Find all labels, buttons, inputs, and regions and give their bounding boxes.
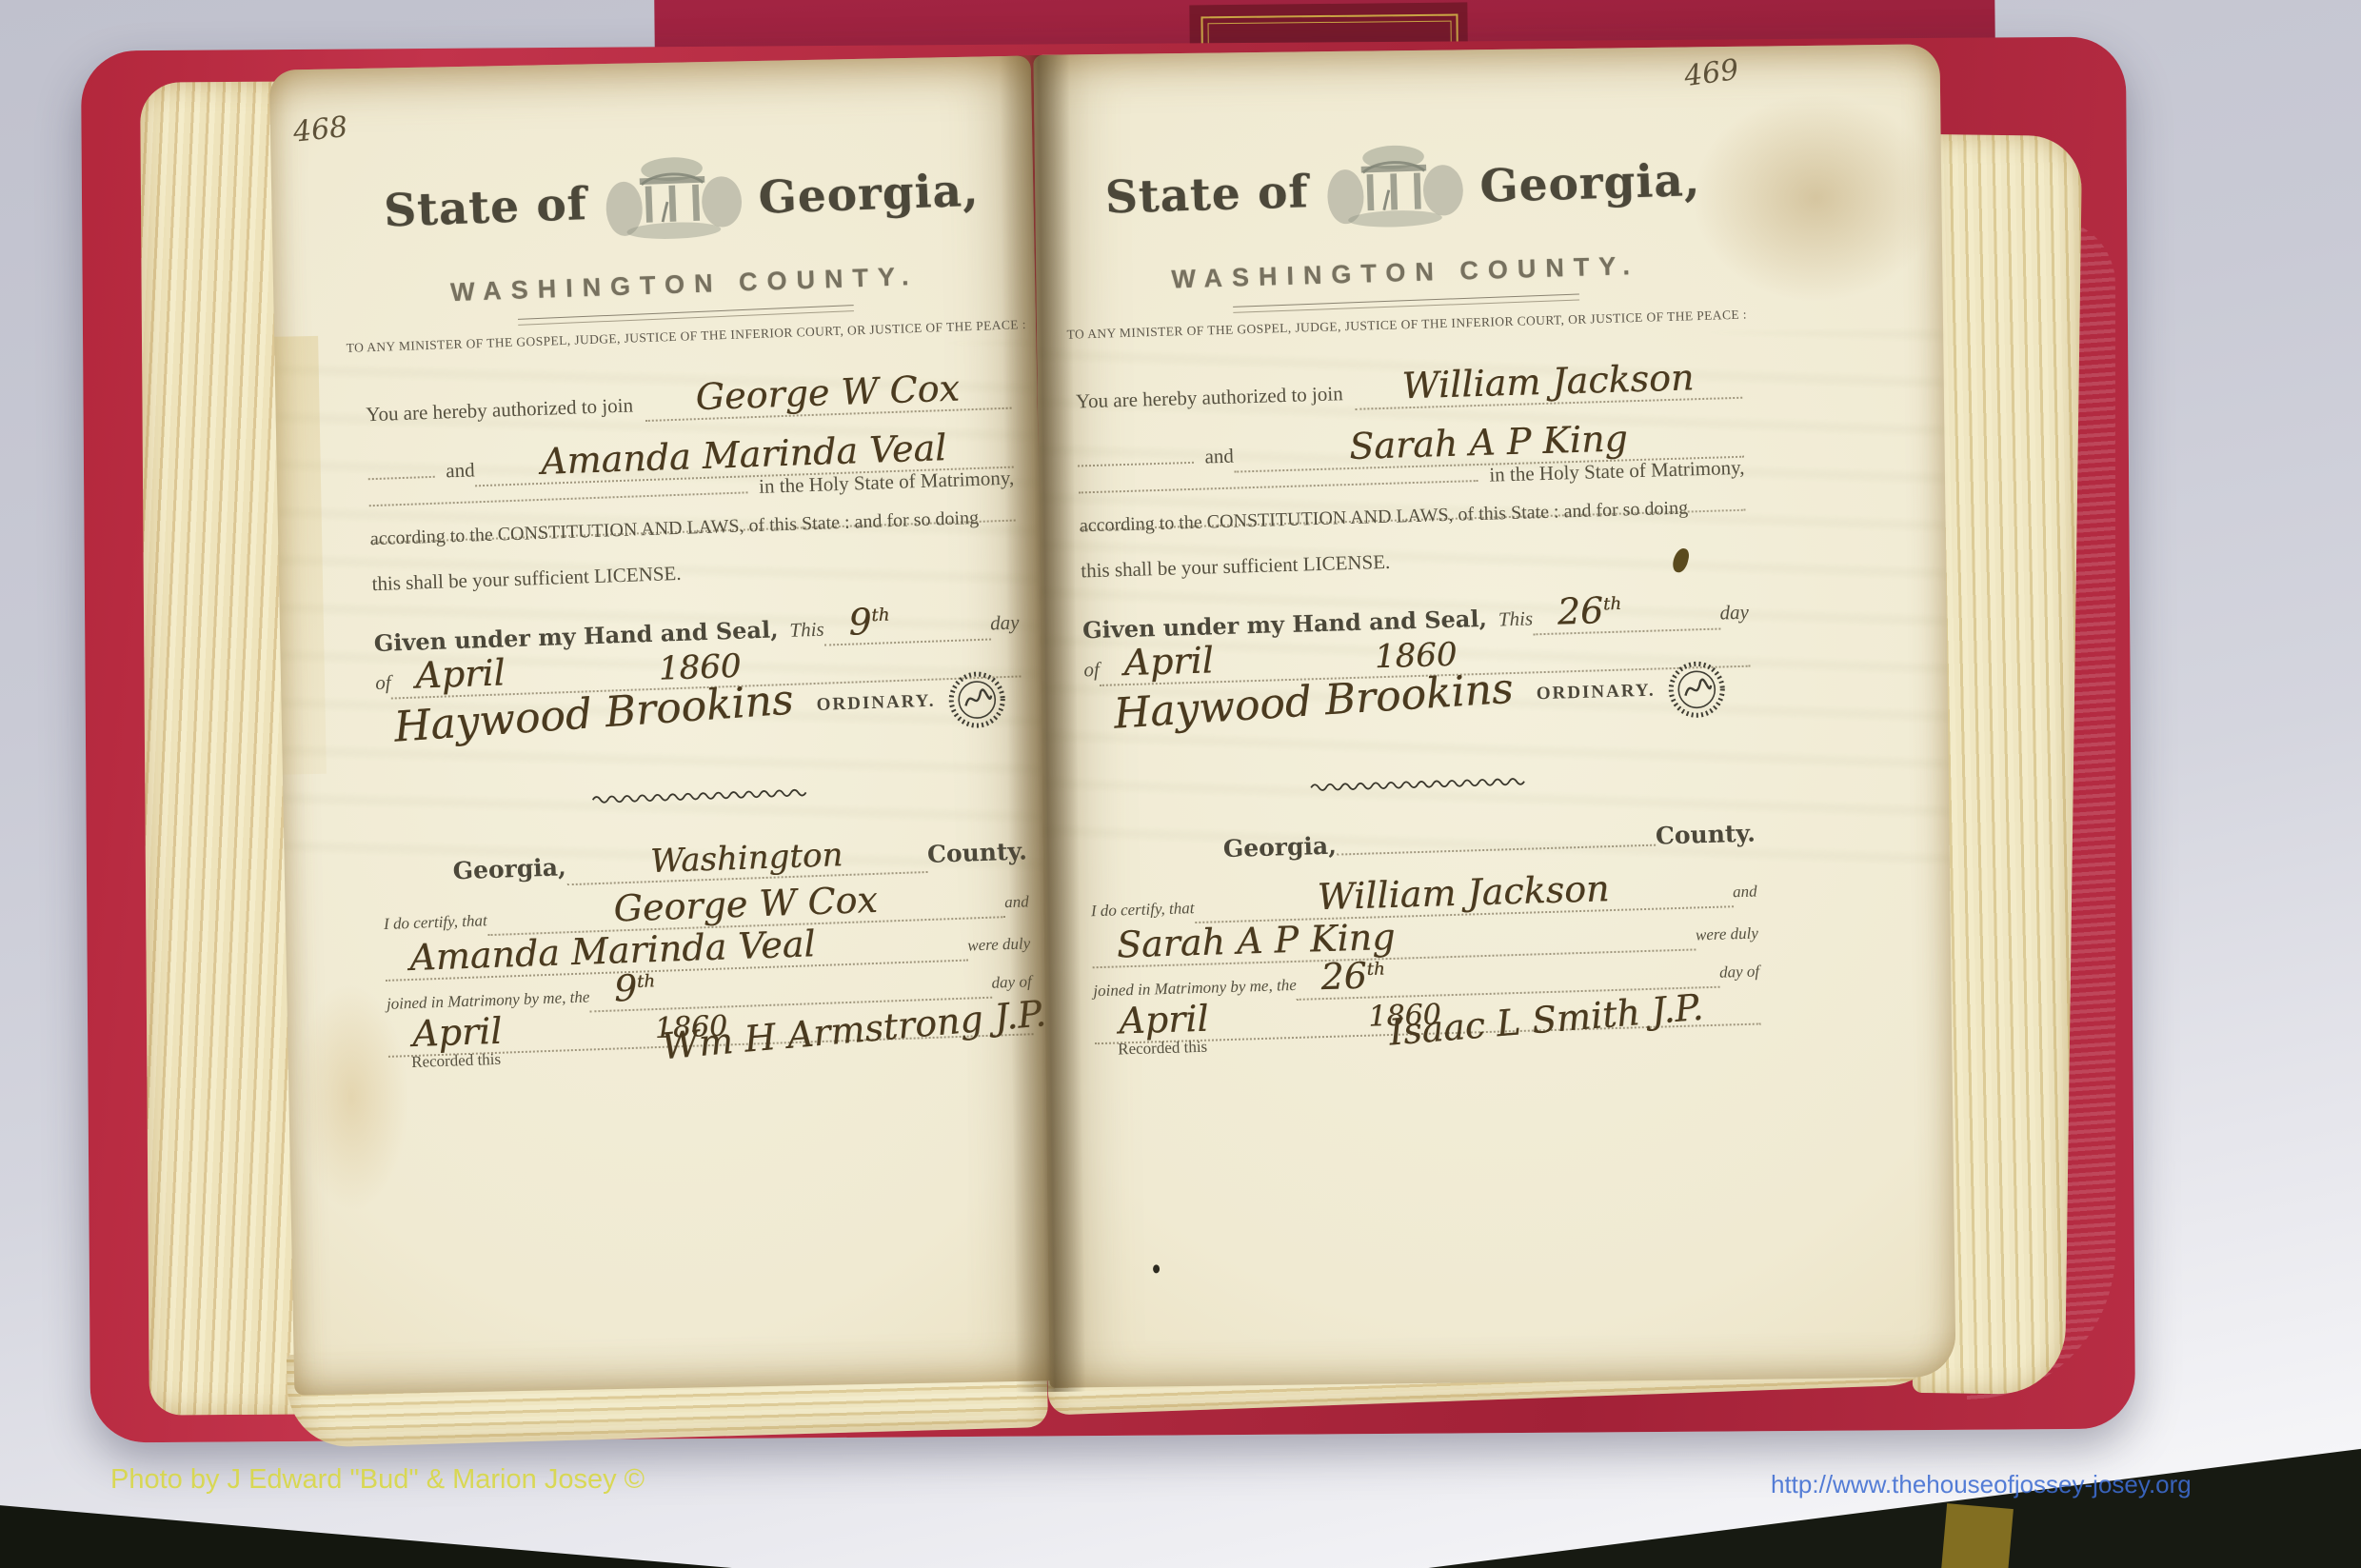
recorded-label: Recorded this <box>1118 1038 1208 1060</box>
license-day-handwriting: 26th <box>1557 589 1622 633</box>
photographer-watermark: Photo by J Edward "Bud" & Marion Josey © <box>110 1464 645 1496</box>
constitution-label: according to the CONSTITUTION AND LAWS, … <box>370 507 980 550</box>
county-heading: WASHINGTON COUNTY. <box>1171 251 1639 295</box>
ordinary-label: ORDINARY. <box>1536 681 1655 705</box>
license-label: this shall be your sufficient LICENSE. <box>1081 550 1391 584</box>
county-heading: WASHINGTON COUNTY. <box>450 262 919 308</box>
state-of-label: State of <box>383 178 587 237</box>
ordinary-signature-handwriting: Haywood Brookins <box>1112 664 1515 738</box>
cert-county-handwriting: Washington <box>650 836 843 881</box>
ordinary-label: ORDINARY. <box>816 691 936 716</box>
this-label: This <box>789 618 824 643</box>
day-of-label: day of <box>991 972 1032 992</box>
certify-label: I do certify, that <box>1091 899 1195 921</box>
georgia-label: Georgia, <box>1479 153 1701 212</box>
license-day-handwriting: 9th <box>848 600 891 643</box>
left-page: 468 State of Georgia, WASHINGTON C <box>269 55 1057 1395</box>
county-underline <box>518 305 854 326</box>
form-header: State of Georgia, <box>1068 121 1737 257</box>
cert-and-label: and <box>1004 892 1029 912</box>
georgia-seal-icon <box>1320 136 1468 241</box>
right-page: 469 State of Georgia, WASHINGTON C <box>1033 44 1955 1388</box>
georgia-seal-icon <box>599 148 747 253</box>
authorize-label: You are hereby authorized to join <box>1076 382 1343 413</box>
and-label: and <box>446 458 475 483</box>
constitution-label: according to the CONSTITUTION AND LAWS, … <box>1080 497 1689 537</box>
were-duly-label: were duly <box>1696 923 1759 944</box>
cert-day-handwriting: 9th <box>613 966 656 1009</box>
margin-stain <box>274 336 327 775</box>
recorded-label: Recorded this <box>411 1050 502 1072</box>
section-divider <box>591 785 812 804</box>
day-of-label: day of <box>1719 962 1760 982</box>
authorize-label: You are hereby authorized to join <box>366 393 633 427</box>
and-label: and <box>1204 445 1234 469</box>
cert-day-handwriting: 26th <box>1320 954 1386 998</box>
license-label: this shall be your sufficient LICENSE. <box>371 562 682 596</box>
cert-month-handwriting: April <box>411 1010 503 1055</box>
day-label: day <box>990 610 1020 635</box>
ordinary-seal-icon <box>1666 658 1729 721</box>
cert-month-handwriting: April <box>1119 998 1210 1042</box>
were-duly-label: were duly <box>967 934 1031 955</box>
ordinary-seal-icon <box>945 668 1008 731</box>
section-divider <box>1310 775 1531 793</box>
page-number: 469 <box>1682 53 1740 93</box>
state-of-label: State of <box>1104 166 1309 224</box>
salutation-line: TO ANY MINISTER OF THE GOSPEL, JUDGE, JU… <box>346 317 1026 356</box>
groom-name-handwriting: William Jackson <box>1401 356 1695 407</box>
cert-state-label: Georgia, <box>452 853 566 884</box>
page-number: 468 <box>291 110 349 149</box>
certify-label: I do certify, that <box>384 911 487 934</box>
georgia-label: Georgia, <box>758 164 980 224</box>
groom-name-handwriting: George W Cox <box>695 367 961 419</box>
cert-county-label: County. <box>927 837 1028 868</box>
day-label: day <box>1719 601 1749 625</box>
website-watermark: http://www.thehouseofjossey-josey.org <box>1771 1470 2192 1499</box>
cert-and-label: and <box>1733 883 1757 903</box>
photo-of-marriage-record-book: 468 State of Georgia, WASHINGTON C <box>0 0 2361 1568</box>
cert-state-label: Georgia, <box>1222 832 1337 863</box>
salutation-line: TO ANY MINISTER OF THE GOSPEL, JUDGE, JU… <box>1066 308 1747 343</box>
floor-yellow-stripe <box>1941 1503 2014 1568</box>
this-label: This <box>1498 606 1534 631</box>
form-header: State of Georgia, <box>357 131 1006 270</box>
county-underline <box>1233 294 1579 313</box>
cert-county-label: County. <box>1656 820 1756 850</box>
